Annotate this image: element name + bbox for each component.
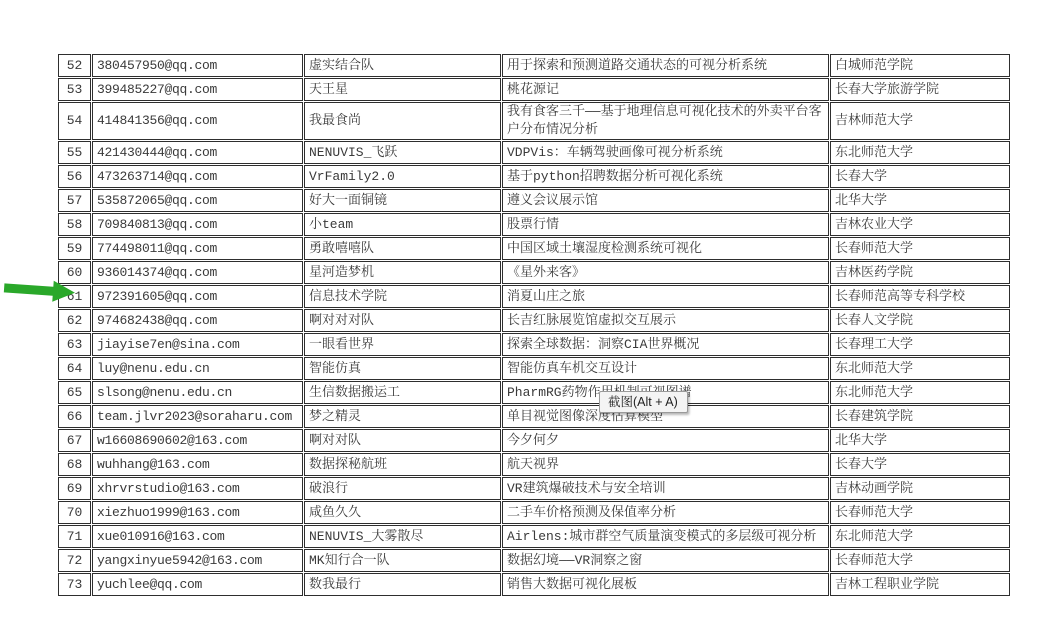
row-number-cell: 62	[58, 309, 91, 332]
school-cell: 长春师范大学	[830, 549, 1010, 572]
email-cell: 421430444@qq.com	[92, 141, 303, 164]
document-page: 52380457950@qq.com虚实结合队用于探索和预测道路交通状态的可视分…	[0, 0, 1037, 617]
row-number-cell: 70	[58, 501, 91, 524]
team-name-cell: 数我最行	[304, 573, 501, 596]
school-cell: 北华大学	[830, 429, 1010, 452]
email-cell: 380457950@qq.com	[92, 54, 303, 77]
team-name-cell: MK知行合一队	[304, 549, 501, 572]
team-name-cell: 咸鱼久久	[304, 501, 501, 524]
team-name-cell: 信息技术学院	[304, 285, 501, 308]
screenshot-tooltip: 截图(Alt + A)	[599, 391, 688, 413]
project-title-cell: 探索全球数据：洞察CIA世界概况	[502, 333, 829, 356]
project-title-cell: 基于python招聘数据分析可视化系统	[502, 165, 829, 188]
email-cell: yangxinyue5942@163.com	[92, 549, 303, 572]
project-title-cell: 股票行情	[502, 213, 829, 236]
project-title-cell: 中国区域土壤湿度检测系统可视化	[502, 237, 829, 260]
row-number-cell: 53	[58, 78, 91, 101]
team-name-cell: 好大一面铜镜	[304, 189, 501, 212]
project-title-cell: 我有食客三千——基于地理信息可视化技术的外卖平台客户分布情况分析	[502, 102, 829, 140]
row-number-cell: 59	[58, 237, 91, 260]
email-cell: w16608690602@163.com	[92, 429, 303, 452]
row-number-cell: 57	[58, 189, 91, 212]
project-title-cell: 《星外来客》	[502, 261, 829, 284]
project-title-cell: 数据幻境——VR洞察之窗	[502, 549, 829, 572]
row-number-cell: 69	[58, 477, 91, 500]
team-name-cell: 星河造梦机	[304, 261, 501, 284]
email-cell: jiayise7en@sina.com	[92, 333, 303, 356]
email-cell: team.jlvr2023@soraharu.com	[92, 405, 303, 428]
table-row: 73yuchlee@qq.com数我最行销售大数据可视化展板吉林工程职业学院	[58, 573, 1010, 596]
table-row: 62974682438@qq.com啊对对对队长吉红脉展览馆虚拟交互展示长春人文…	[58, 309, 1010, 332]
table-row: 63jiayise7en@sina.com一眼看世界探索全球数据：洞察CIA世界…	[58, 333, 1010, 356]
project-title-cell: 航天视界	[502, 453, 829, 476]
row-number-cell: 67	[58, 429, 91, 452]
table-row: 54414841356@qq.com我最食尚我有食客三千——基于地理信息可视化技…	[58, 102, 1010, 140]
table-row: 58709840813@qq.com小team股票行情吉林农业大学	[58, 213, 1010, 236]
team-name-cell: NENUVIS_飞跃	[304, 141, 501, 164]
table-row: 72yangxinyue5942@163.comMK知行合一队数据幻境——VR洞…	[58, 549, 1010, 572]
team-name-cell: NENUVIS_大雾散尽	[304, 525, 501, 548]
email-cell: 414841356@qq.com	[92, 102, 303, 140]
team-name-cell: 虚实结合队	[304, 54, 501, 77]
screenshot-tooltip-label: 截图(Alt + A)	[608, 395, 678, 409]
team-name-cell: 我最食尚	[304, 102, 501, 140]
school-cell: 长春师范大学	[830, 237, 1010, 260]
email-cell: 974682438@qq.com	[92, 309, 303, 332]
school-cell: 长春师范大学	[830, 501, 1010, 524]
project-title-cell: 智能仿真车机交互设计	[502, 357, 829, 380]
table-row: 69xhrvrstudio@163.com破浪行VR建筑爆破技术与安全培训吉林动…	[58, 477, 1010, 500]
team-name-cell: 一眼看世界	[304, 333, 501, 356]
school-cell: 北华大学	[830, 189, 1010, 212]
row-number-cell: 55	[58, 141, 91, 164]
school-cell: 白城师范学院	[830, 54, 1010, 77]
school-cell: 东北师范大学	[830, 381, 1010, 404]
table-row: 66team.jlvr2023@soraharu.com梦之精灵单目视觉图像深度…	[58, 405, 1010, 428]
row-number-cell: 65	[58, 381, 91, 404]
table-row: 61972391605@qq.com信息技术学院消夏山庄之旅长春师范高等专科学校	[58, 285, 1010, 308]
school-cell: 长春大学旅游学院	[830, 78, 1010, 101]
row-number-cell: 54	[58, 102, 91, 140]
row-number-cell: 71	[58, 525, 91, 548]
row-number-cell: 58	[58, 213, 91, 236]
school-cell: 长春大学	[830, 165, 1010, 188]
table-row: 68wuhhang@163.com数据探秘航班航天视界长春大学	[58, 453, 1010, 476]
project-title-cell: 今夕何夕	[502, 429, 829, 452]
project-title-cell: 遵义会议展示馆	[502, 189, 829, 212]
email-cell: 709840813@qq.com	[92, 213, 303, 236]
team-name-cell: 勇敢嘻嘻队	[304, 237, 501, 260]
project-title-cell: 二手车价格预测及保值率分析	[502, 501, 829, 524]
table-row: 53399485227@qq.com天王星桃花源记长春大学旅游学院	[58, 78, 1010, 101]
project-title-cell: 销售大数据可视化展板	[502, 573, 829, 596]
row-number-cell: 64	[58, 357, 91, 380]
table-row: 71xue010916@163.comNENUVIS_大雾散尽Airlens:城…	[58, 525, 1010, 548]
school-cell: 东北师范大学	[830, 525, 1010, 548]
school-cell: 吉林农业大学	[830, 213, 1010, 236]
table-row: 55421430444@qq.comNENUVIS_飞跃VDPVis：车辆驾驶画…	[58, 141, 1010, 164]
green-arrow-shape	[3, 278, 75, 303]
project-title-cell: 用于探索和预测道路交通状态的可视分析系统	[502, 54, 829, 77]
project-title-cell: 长吉红脉展览馆虚拟交互展示	[502, 309, 829, 332]
table-row: 70xiezhuo1999@163.com咸鱼久久二手车价格预测及保值率分析长春…	[58, 501, 1010, 524]
team-name-cell: 破浪行	[304, 477, 501, 500]
project-title-cell: VDPVis：车辆驾驶画像可视分析系统	[502, 141, 829, 164]
email-cell: xiezhuo1999@163.com	[92, 501, 303, 524]
school-cell: 吉林工程职业学院	[830, 573, 1010, 596]
email-cell: 535872065@qq.com	[92, 189, 303, 212]
project-title-cell: VR建筑爆破技术与安全培训	[502, 477, 829, 500]
row-number-cell: 63	[58, 333, 91, 356]
school-cell: 长春建筑学院	[830, 405, 1010, 428]
row-number-cell: 68	[58, 453, 91, 476]
team-name-cell: 啊对对对队	[304, 309, 501, 332]
team-name-cell: 小team	[304, 213, 501, 236]
school-cell: 长春理工大学	[830, 333, 1010, 356]
team-name-cell: VrFamily2.0	[304, 165, 501, 188]
school-cell: 吉林动画学院	[830, 477, 1010, 500]
project-title-cell: Airlens:城市群空气质量演变模式的多层级可视分析	[502, 525, 829, 548]
email-cell: 399485227@qq.com	[92, 78, 303, 101]
email-cell: 936014374@qq.com	[92, 261, 303, 284]
school-cell: 东北师范大学	[830, 141, 1010, 164]
registration-table: 52380457950@qq.com虚实结合队用于探索和预测道路交通状态的可视分…	[57, 53, 1011, 597]
school-cell: 长春大学	[830, 453, 1010, 476]
table-row: 65slsong@nenu.edu.cn生信数据搬运工PharmRG药物作用机制…	[58, 381, 1010, 404]
green-arrow-annotation	[3, 278, 81, 304]
email-cell: xue010916@163.com	[92, 525, 303, 548]
email-cell: 774498011@qq.com	[92, 237, 303, 260]
school-cell: 长春人文学院	[830, 309, 1010, 332]
row-number-cell: 66	[58, 405, 91, 428]
email-cell: xhrvrstudio@163.com	[92, 477, 303, 500]
school-cell: 长春师范高等专科学校	[830, 285, 1010, 308]
project-title-cell: 消夏山庄之旅	[502, 285, 829, 308]
row-number-cell: 72	[58, 549, 91, 572]
project-title-cell: 桃花源记	[502, 78, 829, 101]
email-cell: yuchlee@qq.com	[92, 573, 303, 596]
table-row: 57535872065@qq.com好大一面铜镜遵义会议展示馆北华大学	[58, 189, 1010, 212]
school-cell: 东北师范大学	[830, 357, 1010, 380]
team-name-cell: 天王星	[304, 78, 501, 101]
table-row: 56473263714@qq.comVrFamily2.0基于python招聘数…	[58, 165, 1010, 188]
team-name-cell: 数据探秘航班	[304, 453, 501, 476]
row-number-cell: 73	[58, 573, 91, 596]
email-cell: wuhhang@163.com	[92, 453, 303, 476]
school-cell: 吉林医药学院	[830, 261, 1010, 284]
registration-table-body: 52380457950@qq.com虚实结合队用于探索和预测道路交通状态的可视分…	[58, 54, 1010, 596]
table-row: 59774498011@qq.com勇敢嘻嘻队中国区域土壤湿度检测系统可视化长春…	[58, 237, 1010, 260]
email-cell: luy@nenu.edu.cn	[92, 357, 303, 380]
table-row: 60936014374@qq.com星河造梦机《星外来客》吉林医药学院	[58, 261, 1010, 284]
table-row: 52380457950@qq.com虚实结合队用于探索和预测道路交通状态的可视分…	[58, 54, 1010, 77]
row-number-cell: 52	[58, 54, 91, 77]
row-number-cell: 56	[58, 165, 91, 188]
team-name-cell: 梦之精灵	[304, 405, 501, 428]
team-name-cell: 智能仿真	[304, 357, 501, 380]
team-name-cell: 啊对对队	[304, 429, 501, 452]
email-cell: 972391605@qq.com	[92, 285, 303, 308]
team-name-cell: 生信数据搬运工	[304, 381, 501, 404]
email-cell: slsong@nenu.edu.cn	[92, 381, 303, 404]
email-cell: 473263714@qq.com	[92, 165, 303, 188]
table-row: 67w16608690602@163.com啊对对队今夕何夕北华大学	[58, 429, 1010, 452]
table-row: 64luy@nenu.edu.cn智能仿真智能仿真车机交互设计东北师范大学	[58, 357, 1010, 380]
school-cell: 吉林师范大学	[830, 102, 1010, 140]
